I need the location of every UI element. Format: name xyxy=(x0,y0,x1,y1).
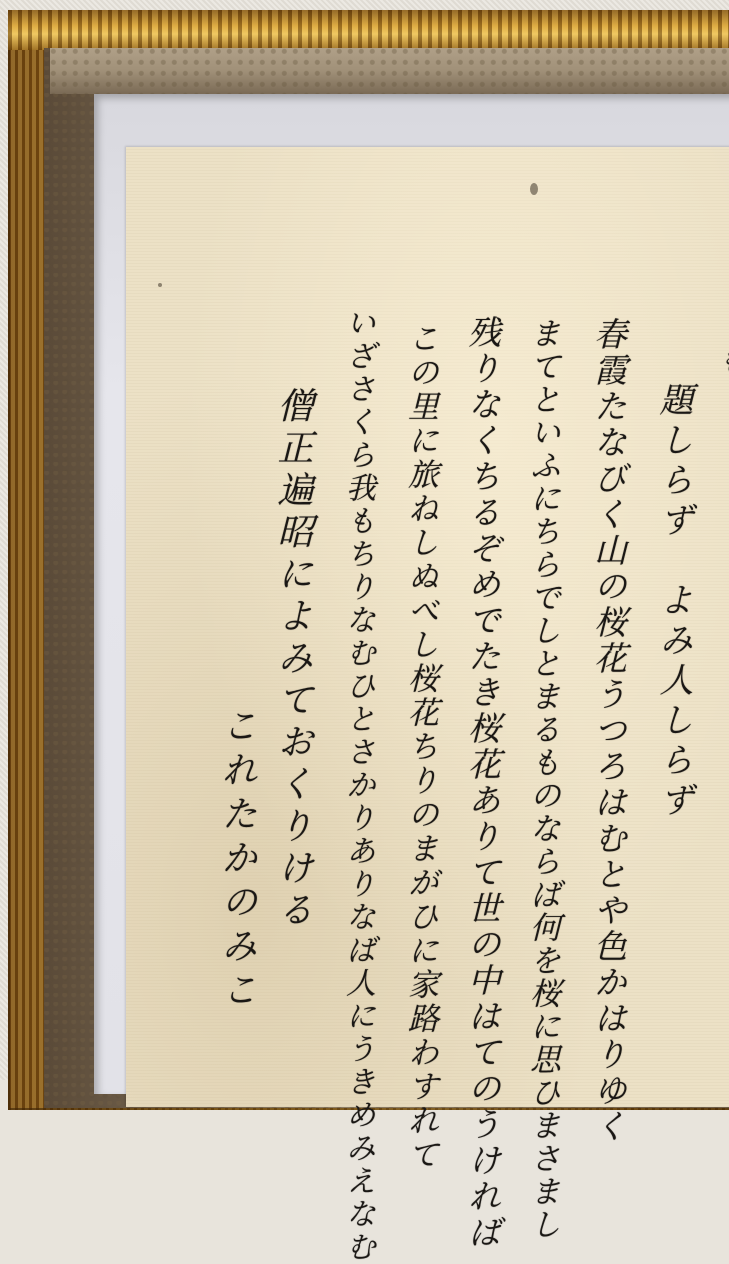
text-column-2: 題しらず よみ人しらず xyxy=(656,382,690,822)
text-column-7: いざさくら我もちりなむひとさかりありなば人にうきめみえなむ xyxy=(342,307,372,1080)
text-column-5: 残りなくちるぞめでたき桜花ありて世の中はてのうければ xyxy=(466,315,499,1080)
aged-paper-document: も 題しらず よみ人しらず 春霞たなびく山の桜花うつろはむとや色かはりゆく まて… xyxy=(126,147,729,1080)
text-column-8: 僧正遍昭によみておくりける xyxy=(274,387,310,933)
silver-inner-frame-top xyxy=(50,48,729,94)
text-column-6: この里に旅ねしぬべし桜花ちりのまがひに家路わすれて xyxy=(404,322,435,1080)
text-column-3: 春霞たなびく山の桜花うつろはむとや色かはりゆく xyxy=(592,317,625,1080)
ink-spot xyxy=(530,183,538,195)
gold-outer-frame-top xyxy=(8,10,729,50)
text-column-1: も xyxy=(716,347,729,379)
ink-spot xyxy=(158,283,162,287)
text-column-4: まてといふにちらでしとまるものならば何を桜に思ひまさまし xyxy=(526,317,557,1080)
text-column-9: これたかのみこ xyxy=(218,707,254,1015)
